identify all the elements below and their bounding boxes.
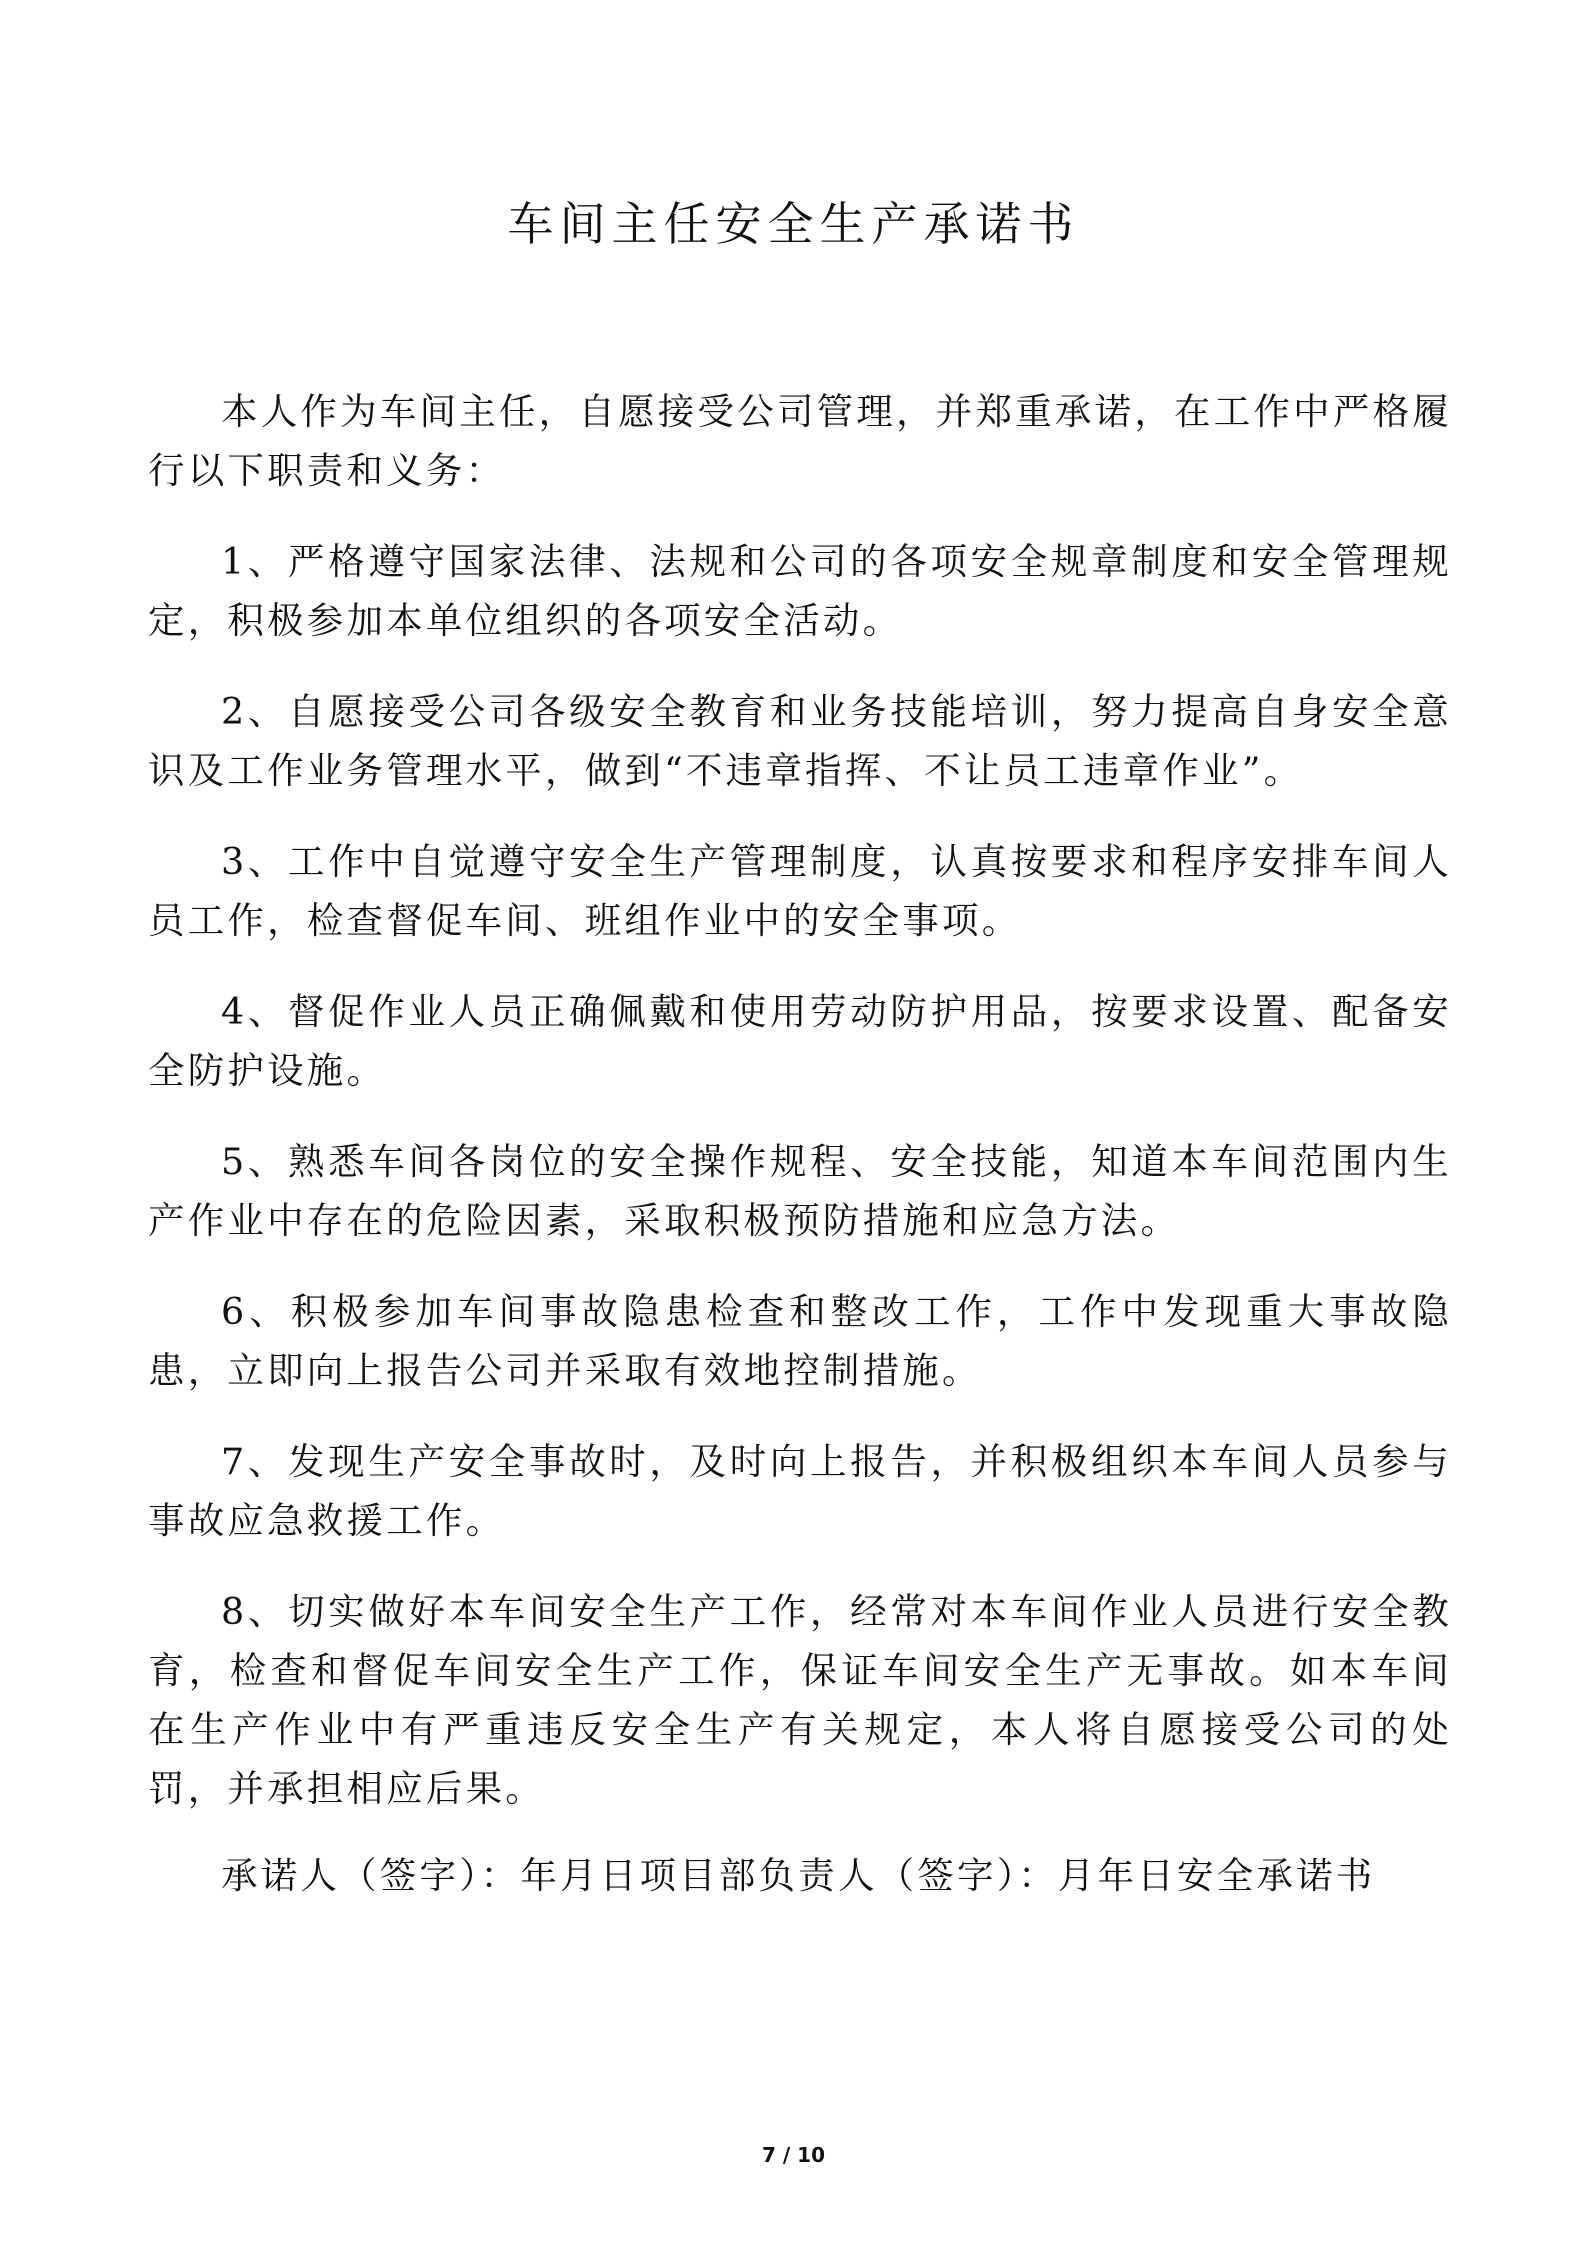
clause-4: 4、督促作业人员正确佩戴和使用劳动防护用品，按要求设置、配备安全防护设施。 [148,982,1452,1100]
clause-8: 8、切实做好本车间安全生产工作，经常对本车间作业人员进行安全教育，检查和督促车间… [148,1582,1452,1818]
signature-line: 承诺人（签字）：年月日项目部负责人（签字）：月年日安全承诺书 [148,1846,1452,1905]
document-body: 本人作为车间主任，自愿接受公司管理，并郑重承诺，在工作中严格履行以下职责和义务：… [148,382,1452,1937]
clause-5: 5、熟悉车间各岗位的安全操作规程、安全技能，知道本车间范围内生产作业中存在的危险… [148,1132,1452,1250]
clause-7: 7、发现生产安全事故时，及时向上报告，并积极组织本车间人员参与事故应急救援工作。 [148,1432,1452,1550]
page-number: 7 / 10 [0,2143,1587,2167]
clause-3: 3、工作中自觉遵守安全生产管理制度，认真按要求和程序安排车间人员工作，检查督促车… [148,832,1452,950]
document-page: 车间主任安全生产承诺书 本人作为车间主任，自愿接受公司管理，并郑重承诺，在工作中… [0,0,1587,2245]
clause-2: 2、自愿接受公司各级安全教育和业务技能培训，努力提高自身安全意识及工作业务管理水… [148,682,1452,800]
intro-paragraph: 本人作为车间主任，自愿接受公司管理，并郑重承诺，在工作中严格履行以下职责和义务： [148,382,1452,500]
clause-1: 1、严格遵守国家法律、法规和公司的各项安全规章制度和安全管理规定，积极参加本单位… [148,532,1452,650]
document-title: 车间主任安全生产承诺书 [0,192,1587,256]
clause-6: 6、积极参加车间事故隐患检查和整改工作，工作中发现重大事故隐患，立即向上报告公司… [148,1282,1452,1400]
